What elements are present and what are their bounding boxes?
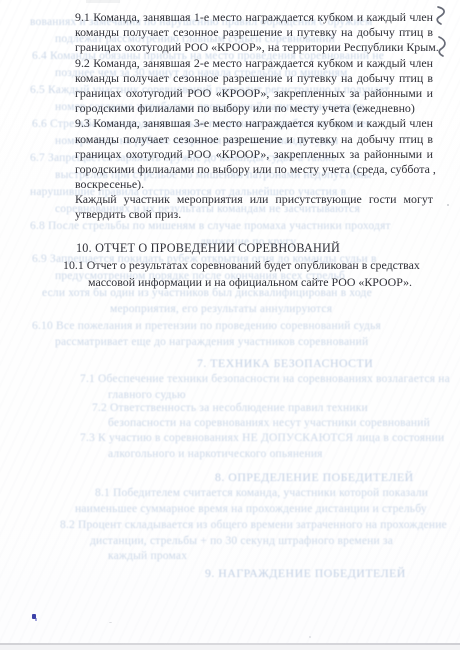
body-text-block: 9.1 Команда, занявшая 1-е место награжда…: [75, 10, 433, 223]
body-text-line: городскими филиалами по выбору или по ме…: [75, 101, 433, 116]
body-text-line: команды получает сезонное разрешение и п…: [75, 71, 433, 86]
body-text-line: границах охотугодий РОО «КРООР», на терр…: [75, 40, 433, 55]
ghost-text-line: 8.1 Победителем считается команда, участ…: [95, 487, 428, 500]
body-text-line: Каждый участник мероприятия или присутст…: [75, 192, 433, 207]
pen-mark-icon: [437, 7, 444, 24]
document-page: вованиях и замечания по нарушению правил…: [0, 0, 460, 650]
pen-mark-icon: [439, 37, 445, 56]
ghost-text-line: главного судью: [108, 389, 186, 402]
ghost-text-line: безопасности на соревнованиях несут учас…: [108, 417, 430, 430]
body-text-line: утвердить свой приз.: [75, 207, 433, 222]
ghost-text-line: каждый промах: [108, 550, 187, 563]
scan-edge-band: [0, 645, 460, 650]
body-text-line: команды получает сезонное разрешение и п…: [75, 25, 433, 40]
scan-smudge: [86, 0, 120, 3]
ghost-text-line: алкогольного и наркотического опьянения: [108, 448, 323, 461]
body-text-line: 9.1 Команда, занявшая 1-е место награжда…: [75, 10, 433, 25]
ghost-text-line: 7. ТЕХНИКА БЕЗОПАСНОСТИ: [197, 357, 373, 370]
scan-speck: [418, 60, 420, 63]
ghost-text-line: 7.1 Обеспечение техники безопасности на …: [80, 373, 450, 386]
body-text-line: городскими филиалами по выбору или по ме…: [75, 162, 433, 177]
section-10-heading: 10. ОТЧЕТ О ПРОВЕДЕНИИ СОРЕВНОВАНИЙ: [76, 241, 340, 256]
body-text-line: 9.3 Команда, занявшая 3-е место награжда…: [75, 116, 433, 131]
body-text-line: границах охотугодий РОО «КРООР», закрепл…: [75, 147, 433, 162]
section-10-item-line2: массовой информации и на официальном сай…: [88, 275, 412, 290]
ghost-text-line: дистанции, стрельбы + по 30 секунд штраф…: [90, 535, 393, 548]
scan-edge-line: [0, 643, 460, 645]
scan-speck: [109, 622, 112, 623]
ghost-text-line: 7.3 К участию в соревнованиях НЕ ДОПУСКА…: [80, 432, 444, 445]
ghost-text-line: мероприятия, его результаты аннулируются: [110, 303, 332, 316]
ink-dot: [32, 614, 36, 619]
ghost-text-line: рассматривает еще до награждения участни…: [55, 336, 368, 349]
body-text-line: 9.2 Команда, занявшая 2-е место награжда…: [75, 56, 433, 71]
ghost-text-line: 9. НАГРАЖДЕНИЕ ПОБЕДИТЕЛЕЙ: [205, 567, 406, 580]
body-text-line: команды получает сезонное разрешение и п…: [75, 132, 433, 147]
body-text-line: границах охотугодий РОО «КРООР», закрепл…: [75, 86, 433, 101]
scan-speck: [309, 636, 311, 638]
ghost-text-line: 7.2 Ответственность за несоблюдение прав…: [92, 402, 368, 415]
body-text-line: воскресенье).: [75, 177, 433, 192]
ghost-text-line: 6.10 Все пожелания и претензии по провед…: [32, 320, 381, 333]
ghost-text-line: 8.2 Процент складывается из общего време…: [60, 519, 447, 532]
section-10-item-line1: 10.1 Отчет о результатах соревнований бу…: [63, 258, 420, 273]
scan-speck: [447, 204, 449, 206]
ghost-text-line: наименьшее суммарное время на прохождени…: [75, 503, 427, 516]
pen-check-marks: [420, 0, 460, 70]
ghost-text-line: 8. ОПРЕДЕЛЕНИЕ ПОБЕДИТЕЛЕЙ: [215, 471, 414, 484]
